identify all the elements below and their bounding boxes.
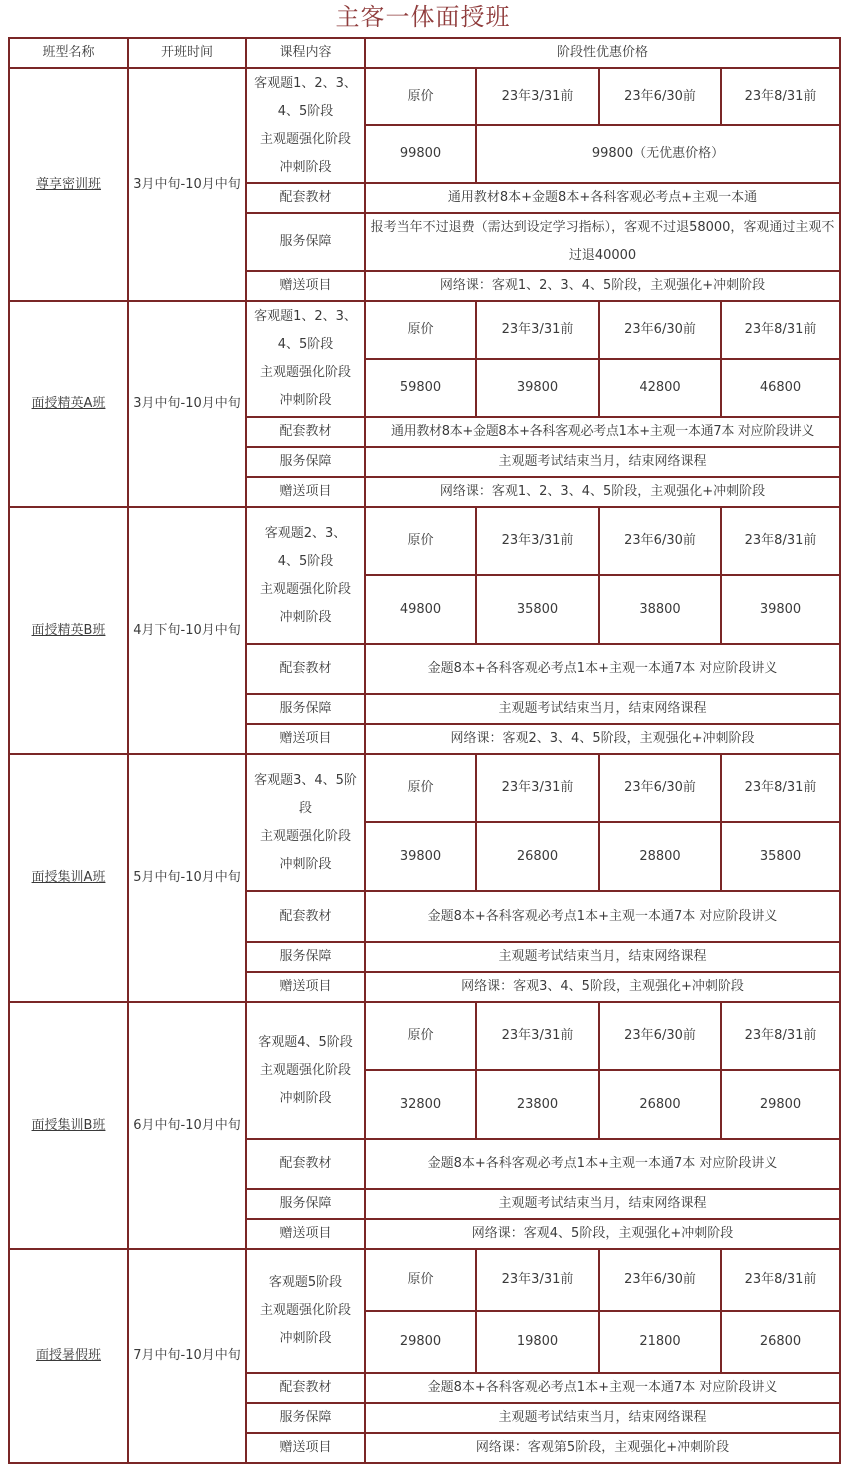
- content-line: 主观题强化阶段: [247, 823, 364, 851]
- course-content: 客观题2、3、4、5阶段 主观题强化阶段 冲刺阶段: [246, 507, 365, 644]
- content-line: 冲刺阶段: [247, 387, 364, 415]
- price-before-0331: 35800: [476, 575, 599, 644]
- price-original: 32800: [365, 1070, 476, 1139]
- content-line: 冲刺阶段: [247, 1325, 364, 1353]
- class-name-link[interactable]: 面授集训A班: [9, 754, 128, 1002]
- price-before-0831: 35800: [721, 822, 840, 891]
- gift-label: 赠送项目: [246, 1433, 365, 1463]
- price-header: 23年8/31前: [721, 68, 840, 125]
- materials-label: 配套教材: [246, 891, 365, 942]
- gift-label: 赠送项目: [246, 477, 365, 507]
- content-line: 客观题3、4、5阶段: [247, 767, 364, 823]
- price-header: 23年8/31前: [721, 1249, 840, 1311]
- gift-value: 网络课：客观1、2、3、4、5阶段，主观强化+冲刺阶段: [365, 477, 840, 507]
- service-label: 服务保障: [246, 447, 365, 477]
- price-header: 23年6/30前: [599, 754, 721, 822]
- price-header: 原价: [365, 68, 476, 125]
- content-line: 客观题5阶段: [247, 1269, 364, 1297]
- content-line: 客观题1、2、3、4、5阶段: [247, 70, 364, 126]
- content-line: 冲刺阶段: [247, 154, 364, 182]
- table-header-row: 班型名称 开班时间 课程内容 阶段性优惠价格: [9, 38, 840, 68]
- content-line: 冲刺阶段: [247, 604, 364, 632]
- price-before-0831: 29800: [721, 1070, 840, 1139]
- class-name-link[interactable]: 面授集训B班: [9, 1002, 128, 1249]
- class-name-link[interactable]: 面授暑假班: [9, 1249, 128, 1463]
- gift-value: 网络课：客观3、4、5阶段，主观强化+冲刺阶段: [365, 972, 840, 1002]
- price-original: 39800: [365, 822, 476, 891]
- course-content: 客观题1、2、3、4、5阶段 主观题强化阶段 冲刺阶段: [246, 301, 365, 417]
- gift-value: 网络课：客观第5阶段，主观强化+冲刺阶段: [365, 1433, 840, 1463]
- materials-value: 金题8本+各科客观必考点1本+主观一本通7本 对应阶段讲义: [365, 891, 840, 942]
- service-label: 服务保障: [246, 942, 365, 972]
- price-header: 原价: [365, 1249, 476, 1311]
- price-original: 49800: [365, 575, 476, 644]
- service-label: 服务保障: [246, 694, 365, 724]
- service-value: 主观题考试结束当月，结束网络课程: [365, 694, 840, 724]
- table-row: 面授暑假班 7月中旬-10月中旬 客观题5阶段 主观题强化阶段 冲刺阶段 原价 …: [9, 1249, 840, 1311]
- merged-price: 99800（无优惠价格）: [476, 125, 840, 183]
- materials-label: 配套教材: [246, 1139, 365, 1189]
- materials-label: 配套教材: [246, 417, 365, 447]
- materials-value: 金题8本+各科客观必考点1本+主观一本通7本 对应阶段讲义: [365, 644, 840, 694]
- course-content: 客观题3、4、5阶段 主观题强化阶段 冲刺阶段: [246, 754, 365, 891]
- class-name-link[interactable]: 面授精英B班: [9, 507, 128, 754]
- header-price: 阶段性优惠价格: [365, 38, 840, 68]
- price-header: 23年3/31前: [476, 507, 599, 575]
- price-before-0831: 39800: [721, 575, 840, 644]
- price-before-0630: 28800: [599, 822, 721, 891]
- class-start-time: 6月中旬-10月中旬: [128, 1002, 246, 1249]
- price-header: 23年3/31前: [476, 1002, 599, 1070]
- price-header: 23年6/30前: [599, 507, 721, 575]
- price-header: 23年8/31前: [721, 507, 840, 575]
- materials-label: 配套教材: [246, 644, 365, 694]
- price-header: 原价: [365, 507, 476, 575]
- header-start-time: 开班时间: [128, 38, 246, 68]
- materials-value: 通用教材8本+金题8本+各科客观必考点+主观一本通: [365, 183, 840, 213]
- price-before-0331: 19800: [476, 1311, 599, 1373]
- price-before-0630: 42800: [599, 359, 721, 417]
- gift-label: 赠送项目: [246, 1219, 365, 1249]
- gift-label: 赠送项目: [246, 271, 365, 301]
- gift-label: 赠送项目: [246, 972, 365, 1002]
- price-header: 23年3/31前: [476, 1249, 599, 1311]
- content-line: 客观题1、2、3、4、5阶段: [247, 303, 364, 359]
- class-start-time: 4月下旬-10月中旬: [128, 507, 246, 754]
- course-content: 客观题1、2、3、4、5阶段 主观题强化阶段 冲刺阶段: [246, 68, 365, 183]
- gift-label: 赠送项目: [246, 724, 365, 754]
- content-line: 主观题强化阶段: [247, 359, 364, 387]
- content-line: 冲刺阶段: [247, 1085, 364, 1113]
- gift-value: 网络课：客观1、2、3、4、5阶段，主观强化+冲刺阶段: [365, 271, 840, 301]
- price-header: 23年3/31前: [476, 301, 599, 359]
- service-value: 主观题考试结束当月，结束网络课程: [365, 447, 840, 477]
- class-start-time: 7月中旬-10月中旬: [128, 1249, 246, 1463]
- content-line: 主观题强化阶段: [247, 1057, 364, 1085]
- table-row: 面授精英B班 4月下旬-10月中旬 客观题2、3、4、5阶段 主观题强化阶段 冲…: [9, 507, 840, 575]
- price-before-0630: 26800: [599, 1070, 721, 1139]
- price-header: 23年6/30前: [599, 68, 721, 125]
- service-value: 主观题考试结束当月，结束网络课程: [365, 1403, 840, 1433]
- gift-value: 网络课：客观2、3、4、5阶段，主观强化+冲刺阶段: [365, 724, 840, 754]
- price-header: 原价: [365, 301, 476, 359]
- table-row: 尊享密训班 3月中旬-10月中旬 客观题1、2、3、4、5阶段 主观题强化阶段 …: [9, 68, 840, 125]
- materials-label: 配套教材: [246, 1373, 365, 1403]
- price-original: 59800: [365, 359, 476, 417]
- content-line: 主观题强化阶段: [247, 126, 364, 154]
- content-line: 主观题强化阶段: [247, 1297, 364, 1325]
- gift-value: 网络课：客观4、5阶段，主观强化+冲刺阶段: [365, 1219, 840, 1249]
- service-label: 服务保障: [246, 1189, 365, 1219]
- content-line: 客观题4、5阶段: [247, 1029, 364, 1057]
- content-line: 客观题2、3、4、5阶段: [247, 520, 364, 576]
- price-before-0331: 26800: [476, 822, 599, 891]
- materials-label: 配套教材: [246, 183, 365, 213]
- price-before-0331: 39800: [476, 359, 599, 417]
- content-line: 冲刺阶段: [247, 851, 364, 879]
- table-row: 面授精英A班 3月中旬-10月中旬 客观题1、2、3、4、5阶段 主观题强化阶段…: [9, 301, 840, 359]
- class-start-time: 3月中旬-10月中旬: [128, 301, 246, 507]
- course-content: 客观题5阶段 主观题强化阶段 冲刺阶段: [246, 1249, 365, 1373]
- price-header: 23年8/31前: [721, 301, 840, 359]
- price-before-0630: 38800: [599, 575, 721, 644]
- content-line: 主观题强化阶段: [247, 576, 364, 604]
- price-header: 原价: [365, 754, 476, 822]
- table-row: 面授集训A班 5月中旬-10月中旬 客观题3、4、5阶段 主观题强化阶段 冲刺阶…: [9, 754, 840, 822]
- service-value: 报考当年不过退费（需达到设定学习指标），客观不过退58000，客观通过主观不过退…: [365, 213, 840, 271]
- page-title: 主客一体面授班: [0, 0, 846, 34]
- price-before-0630: 21800: [599, 1311, 721, 1373]
- price-before-0331: 23800: [476, 1070, 599, 1139]
- header-class-name: 班型名称: [9, 38, 128, 68]
- class-name-link[interactable]: 面授精英A班: [9, 301, 128, 507]
- service-label: 服务保障: [246, 1403, 365, 1433]
- service-value: 主观题考试结束当月，结束网络课程: [365, 942, 840, 972]
- service-value: 主观题考试结束当月，结束网络课程: [365, 1189, 840, 1219]
- price-before-0831: 46800: [721, 359, 840, 417]
- materials-value: 金题8本+各科客观必考点1本+主观一本通7本 对应阶段讲义: [365, 1373, 840, 1403]
- original-price: 99800: [365, 125, 476, 183]
- price-header: 23年8/31前: [721, 754, 840, 822]
- price-header: 23年8/31前: [721, 1002, 840, 1070]
- header-course-content: 课程内容: [246, 38, 365, 68]
- price-header: 23年6/30前: [599, 1249, 721, 1311]
- price-header: 23年3/31前: [476, 754, 599, 822]
- course-content: 客观题4、5阶段 主观题强化阶段 冲刺阶段: [246, 1002, 365, 1139]
- service-label: 服务保障: [246, 213, 365, 271]
- price-before-0831: 26800: [721, 1311, 840, 1373]
- class-start-time: 5月中旬-10月中旬: [128, 754, 246, 1002]
- price-header: 23年6/30前: [599, 301, 721, 359]
- materials-value: 通用教材8本+金题8本+各科客观必考点1本+主观一本通7本 对应阶段讲义: [365, 417, 840, 447]
- table-row: 面授集训B班 6月中旬-10月中旬 客观题4、5阶段 主观题强化阶段 冲刺阶段 …: [9, 1002, 840, 1070]
- price-header: 23年6/30前: [599, 1002, 721, 1070]
- price-original: 29800: [365, 1311, 476, 1373]
- price-header: 原价: [365, 1002, 476, 1070]
- class-start-time: 3月中旬-10月中旬: [128, 68, 246, 301]
- price-header: 23年3/31前: [476, 68, 599, 125]
- course-price-table: 班型名称 开班时间 课程内容 阶段性优惠价格 尊享密训班 3月中旬-10月中旬 …: [8, 37, 841, 1464]
- materials-value: 金题8本+各科客观必考点1本+主观一本通7本 对应阶段讲义: [365, 1139, 840, 1189]
- class-name-link[interactable]: 尊享密训班: [9, 68, 128, 301]
